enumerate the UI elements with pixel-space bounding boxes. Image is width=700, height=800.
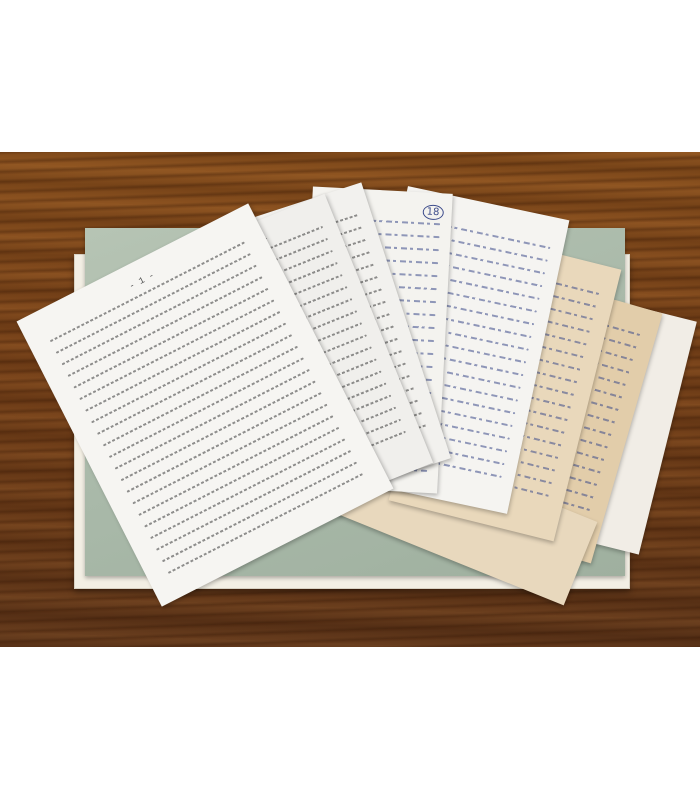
page-number: 18 — [422, 204, 443, 220]
